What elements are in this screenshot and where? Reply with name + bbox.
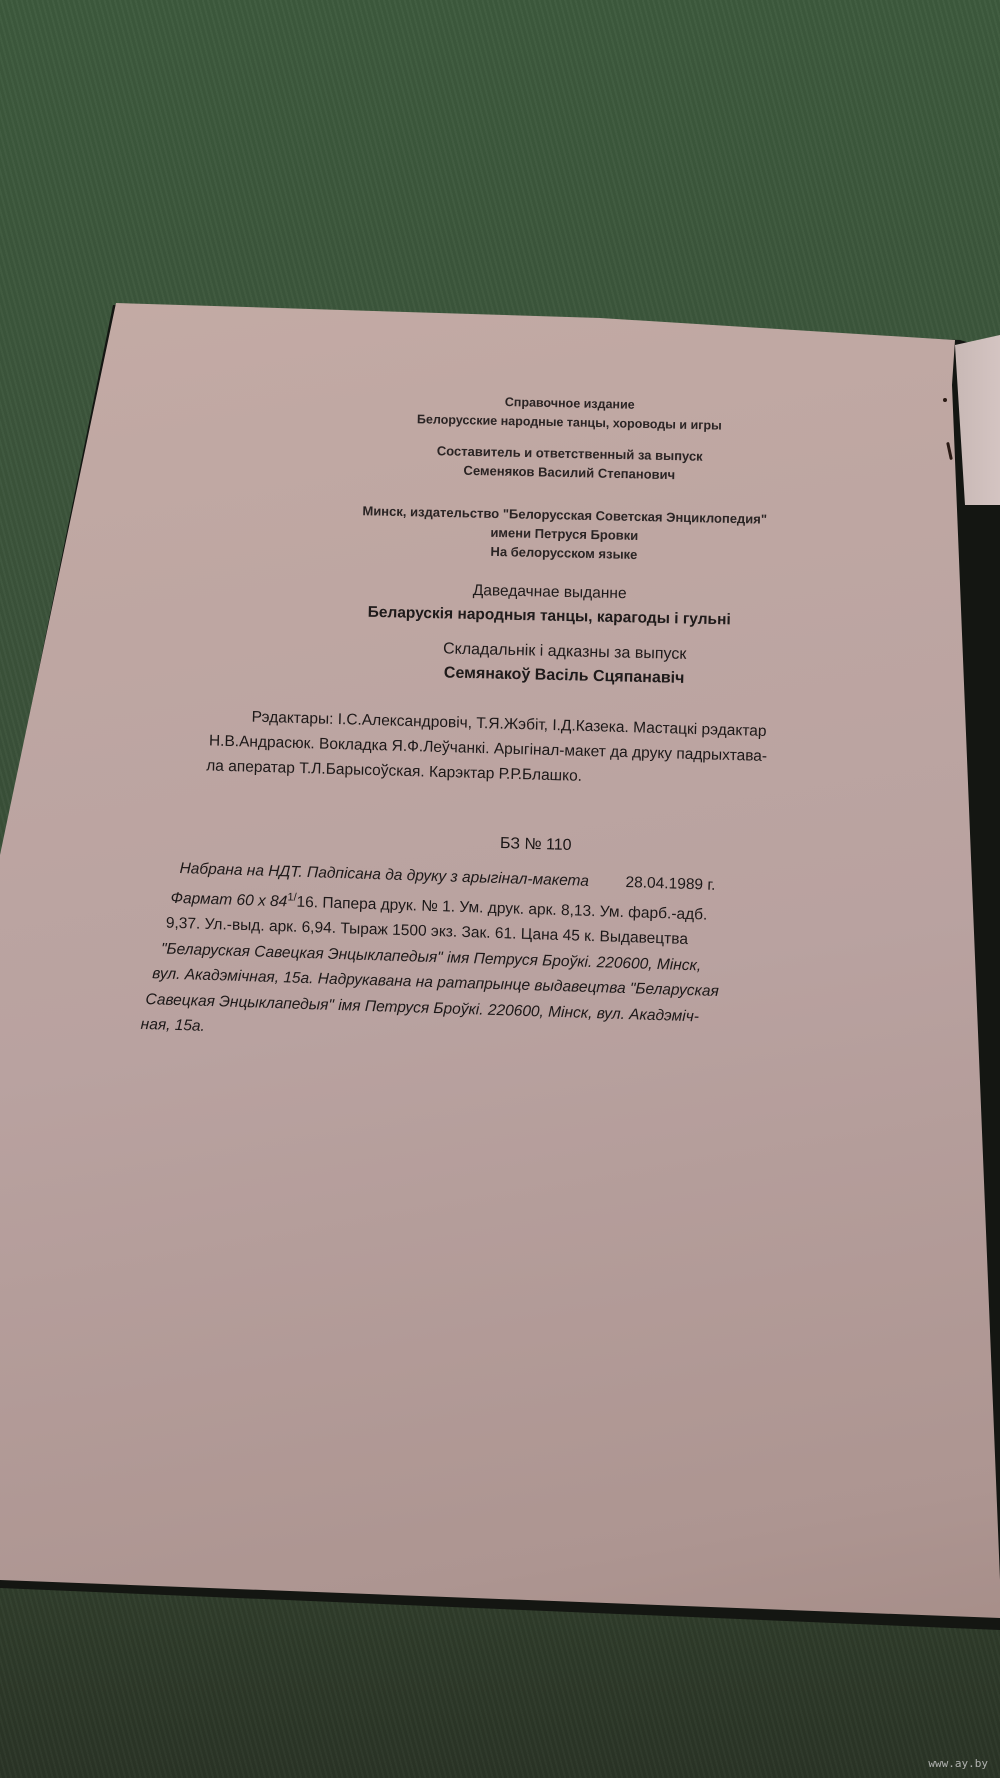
belarusian-title-block: Даведачнае выданне Беларускія народныя т… <box>329 576 770 633</box>
site-watermark: www.ay.by <box>928 1757 988 1770</box>
belarusian-compiler-block: Складальнік і адказны за выпуск Семянако… <box>379 636 750 692</box>
imprint-paragraph: Набрана на НДТ. Падпісана да друку з ары… <box>174 856 722 1055</box>
russian-colophon: Справочное издание Белорусские народные … <box>359 390 780 437</box>
credits-paragraph: Рэдактары: І.С.Александровіч, Т.Я.Жэбіт,… <box>228 704 768 794</box>
russian-publisher: Минск, издательство "Белорусская Советск… <box>304 500 825 568</box>
print-date: 28.04.1989 г. <box>625 874 715 894</box>
page-content: Справочное издание Белорусские народные … <box>0 0 1000 1778</box>
bz-code: БЗ № 110 <box>500 835 572 855</box>
russian-compiler: Составитель и ответственный за выпуск Се… <box>379 440 760 486</box>
